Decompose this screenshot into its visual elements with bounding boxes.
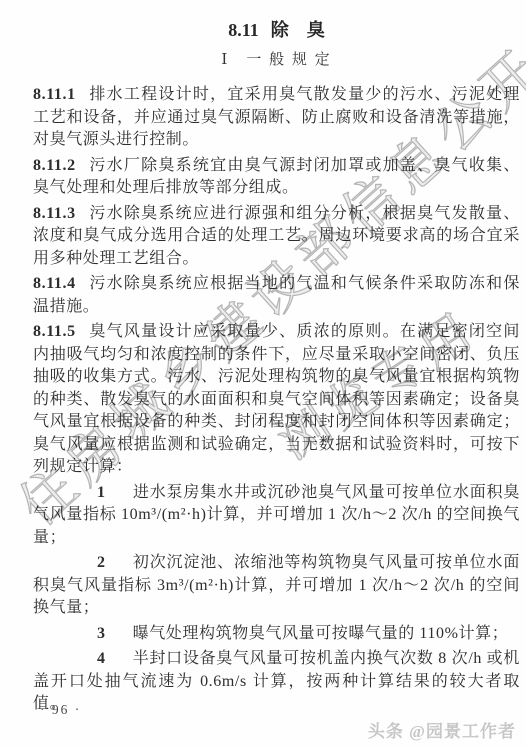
clause-number: 8.11.1 xyxy=(33,86,76,103)
item-number: 3 xyxy=(97,625,106,642)
page-content: 8.11 除 臭 Ⅰ 一 般 规 定 8.11.1排水工程设计时，宜采用臭气散发… xyxy=(33,0,520,716)
section-title: 8.11 除 臭 xyxy=(33,20,520,40)
clause-number: 8.11.3 xyxy=(33,205,76,222)
clause-8-11-2: 8.11.2污水厂除臭系统宜由臭气源封闭加罩或加盖、臭气收集、臭气处理和处理后排… xyxy=(33,155,520,200)
document-page: 住房城乡建设部信息公开 浏览专用 8.11 除 臭 Ⅰ 一 般 规 定 8.11… xyxy=(0,0,526,748)
clause-8-11-3: 8.11.3污水除臭系统应进行源强和组分分析，根据臭气发散量、浓度和臭气成分选用… xyxy=(33,203,520,271)
clause-text: 污水除臭系统应根据当地的气温和气候条件采取防冻和保温措施。 xyxy=(33,275,520,315)
item-number: 1 xyxy=(97,484,106,501)
item-text: 进水泵房集水井或沉砂池臭气风量可按单位水面积臭气风量指标 10m³/(m²·h)… xyxy=(33,484,520,546)
body-text: 8.11.1排水工程设计时，宜采用臭气散发量少的污水、污泥处理工艺和设备，并应通… xyxy=(33,84,520,716)
item-text: 初次沉淀池、浓缩池等构筑物臭气风量可按单位水面积臭气风量指标 3m³/(m²·h… xyxy=(33,554,520,616)
item-number: 2 xyxy=(97,554,106,571)
item-text: 曝气处理构筑物臭气风量可按曝气量的 110%计算； xyxy=(133,625,509,642)
clause-8-11-1: 8.11.1排水工程设计时，宜采用臭气散发量少的污水、污泥处理工艺和设备，并应通… xyxy=(33,84,520,152)
subsection-heading: Ⅰ 一 般 规 定 xyxy=(33,51,520,69)
clause-number: 8.11.5 xyxy=(33,323,76,340)
clause-8-11-4: 8.11.4污水除臭系统应根据当地的气温和气候条件采取防冻和保温措施。 xyxy=(33,273,520,318)
list-item-2: 2初次沉淀池、浓缩池等构筑物臭气风量可按单位水面积臭气风量指标 3m³/(m²·… xyxy=(33,552,520,620)
section-name: 除 臭 xyxy=(271,20,325,40)
clause-text: 污水除臭系统应进行源强和组分分析，根据臭气发散量、浓度和臭气成分选用合适的处理工… xyxy=(33,205,520,267)
list-item-4: 4半封口设备臭气风量可按机盖内换气次数 8 次/h 或机盖开口处抽气流速为 0.… xyxy=(33,648,520,716)
clause-8-11-5: 8.11.5臭气风量设计应采取量少、质浓的原则。在满足密闭空间内抽吸气均匀和浓度… xyxy=(33,321,520,479)
credit-watermark: 头条 @园景工作者 xyxy=(368,717,516,742)
section-number: 8.11 xyxy=(228,20,259,40)
list-item-1: 1进水泵房集水井或沉砂池臭气风量可按单位水面积臭气风量指标 10m³/(m²·h… xyxy=(33,482,520,550)
page-number: · 96 · xyxy=(40,702,81,718)
item-number: 4 xyxy=(97,650,106,667)
list-item-3: 3曝气处理构筑物臭气风量可按曝气量的 110%计算； xyxy=(33,623,520,646)
clause-text: 污水厂除臭系统宜由臭气源封闭加罩或加盖、臭气收集、臭气处理和处理后排放等部分组成… xyxy=(33,157,520,197)
clause-text: 排水工程设计时，宜采用臭气散发量少的污水、污泥处理工艺和设备，并应通过臭气源隔断… xyxy=(33,86,520,148)
clause-number: 8.11.2 xyxy=(33,157,76,174)
clause-number: 8.11.4 xyxy=(33,275,76,292)
item-text: 半封口设备臭气风量可按机盖内换气次数 8 次/h 或机盖开口处抽气流速为 0.6… xyxy=(33,650,520,712)
clause-text: 臭气风量设计应采取量少、质浓的原则。在满足密闭空间内抽吸气均匀和浓度控制的条件下… xyxy=(33,323,520,475)
